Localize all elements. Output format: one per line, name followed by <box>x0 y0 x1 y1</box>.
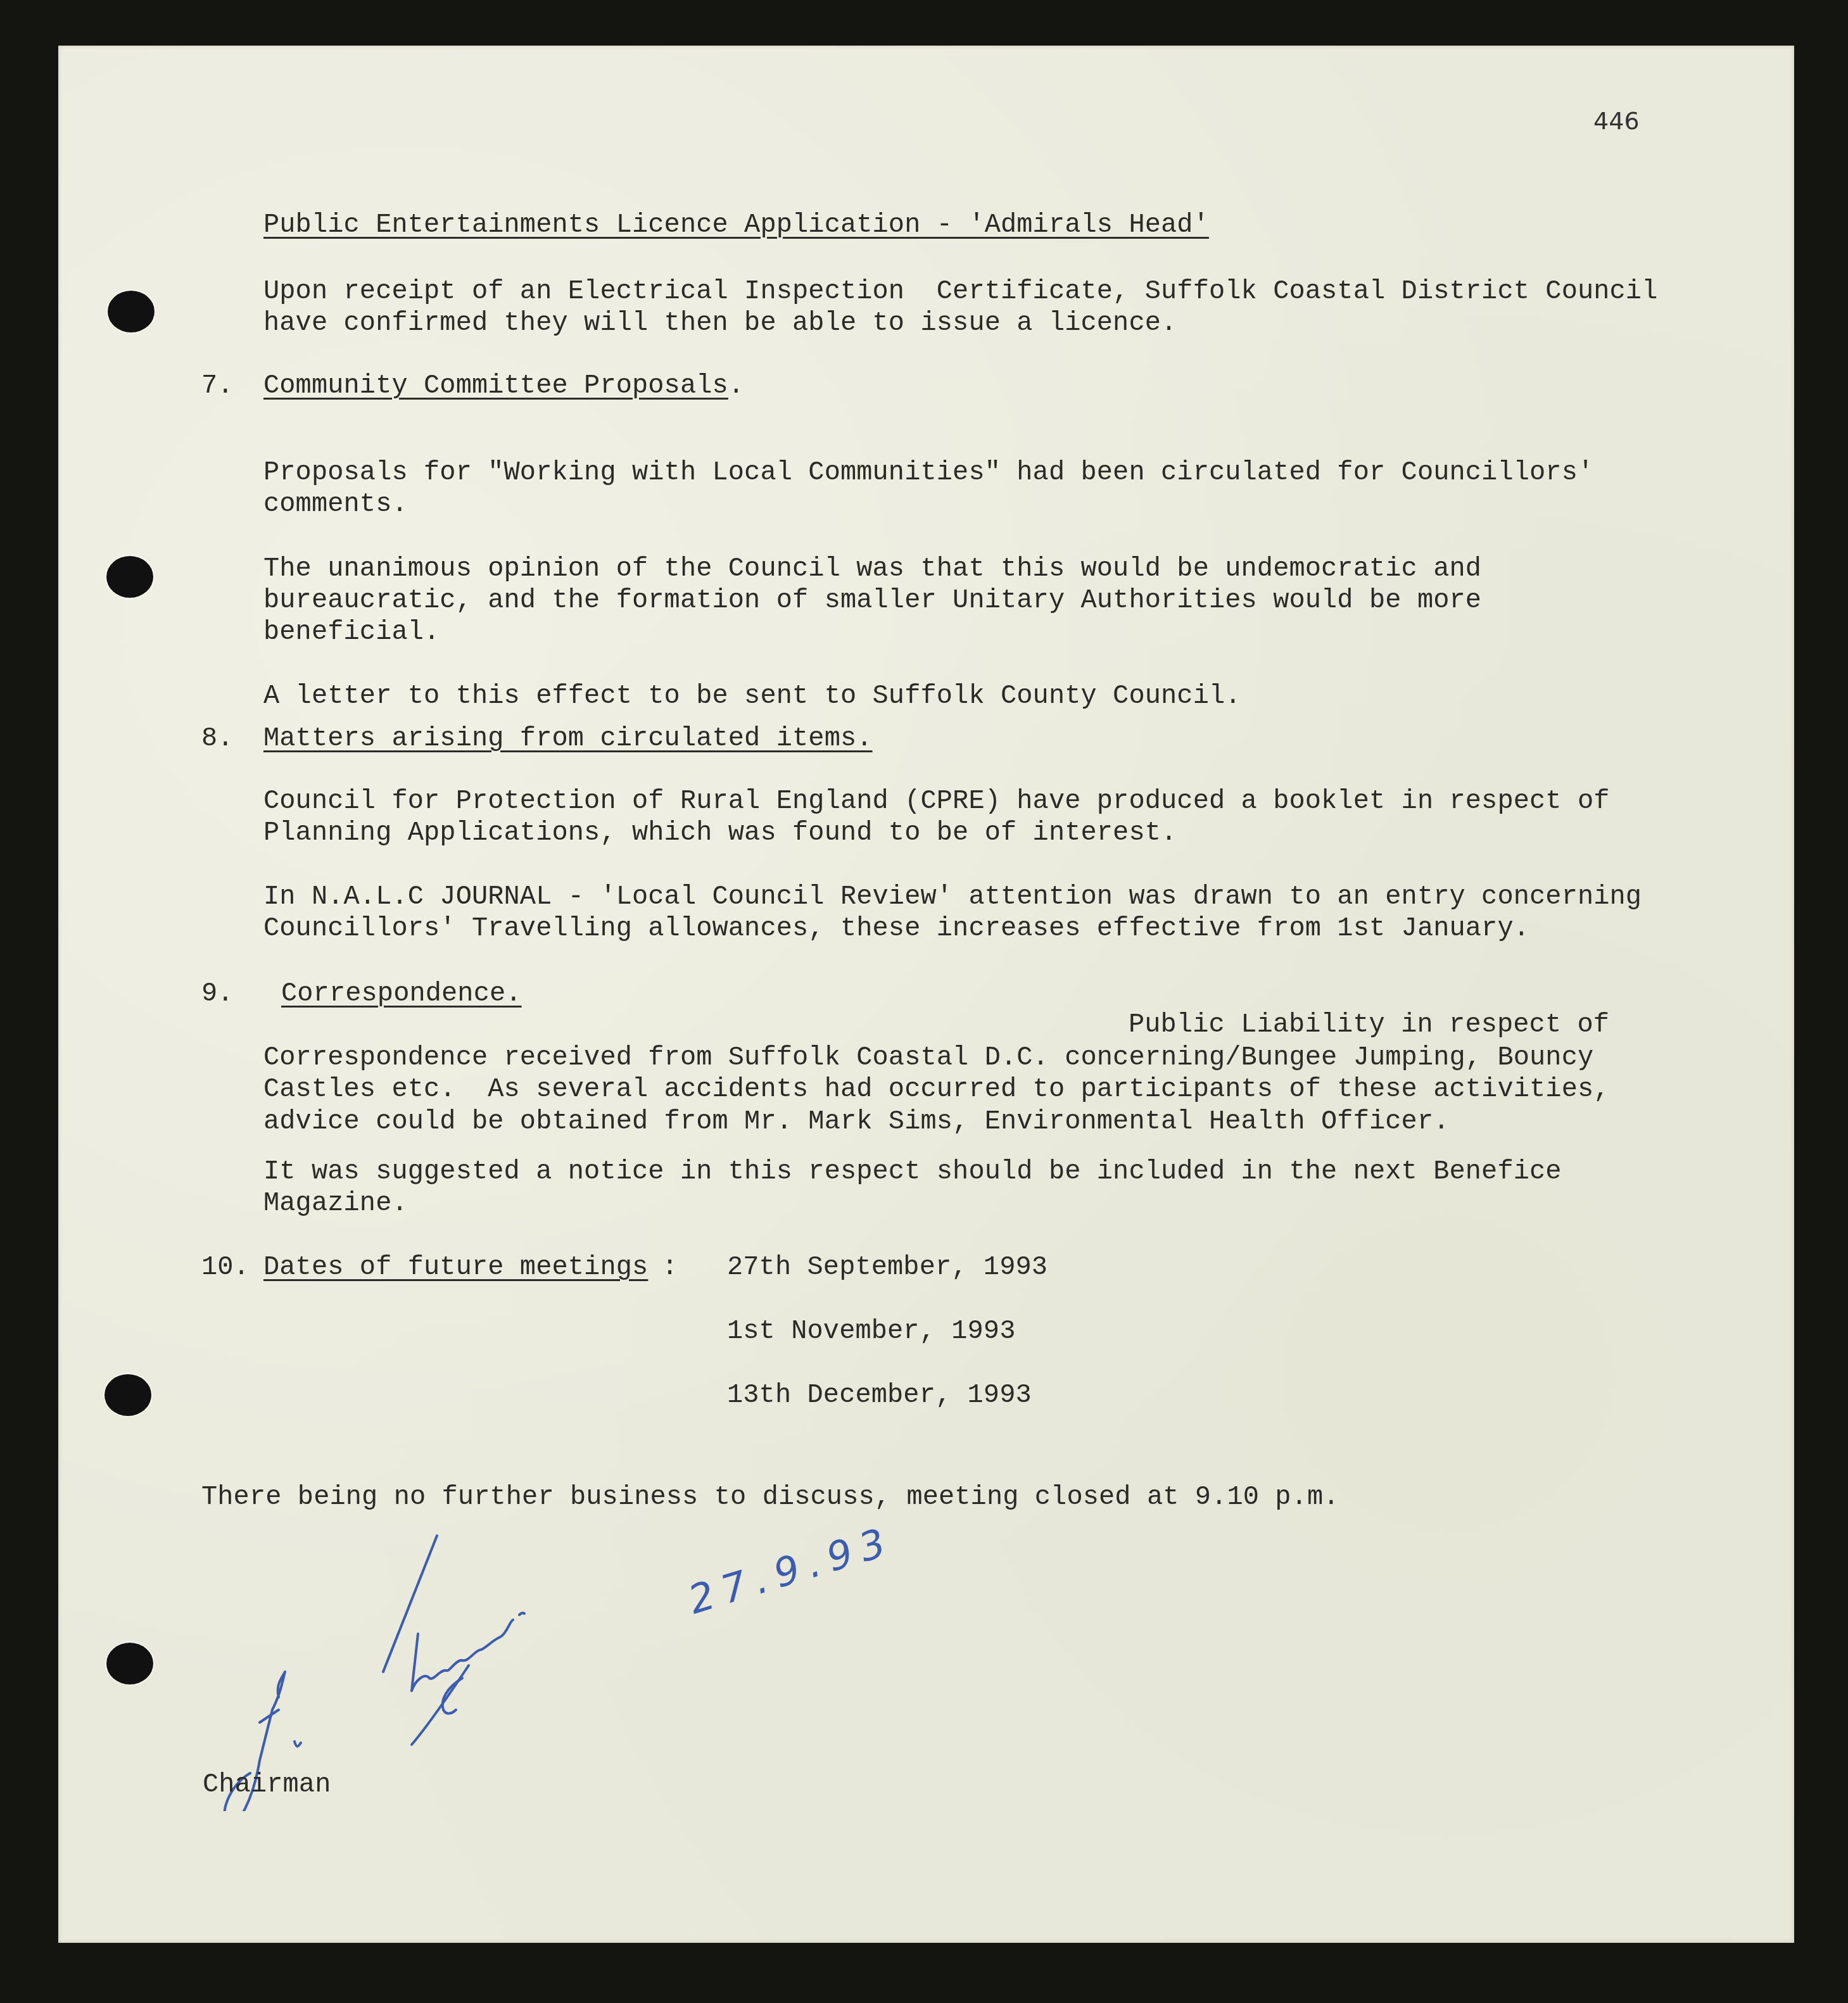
paragraph-line: Correspondence received from Suffolk Coa… <box>263 1042 1593 1073</box>
section-10-heading: Dates of future meetings <box>263 1251 648 1283</box>
section-number: 9. <box>201 978 234 1009</box>
chairman-label: Chairman <box>203 1769 331 1800</box>
section-7-heading: Community Committee Proposals. <box>263 370 744 401</box>
paragraph-line: Planning Applications, which was found t… <box>263 817 1177 849</box>
section-number: 10. <box>201 1251 250 1283</box>
meeting-date: 1st November, 1993 <box>727 1315 1015 1347</box>
paragraph-line: The unanimous opinion of the Council was… <box>263 553 1481 584</box>
insertion-text: Public Liability in respect of <box>1129 1009 1609 1040</box>
paragraph-line: In N.A.L.C JOURNAL - 'Local Council Revi… <box>263 881 1642 913</box>
section-9-heading: Correspondence. <box>281 978 522 1009</box>
paragraph-line: It was suggested a notice in this respec… <box>263 1156 1562 1187</box>
page-number: 446 <box>1593 105 1640 137</box>
punch-hole <box>104 1374 151 1416</box>
paragraph-line: beneficial. <box>263 616 440 648</box>
punch-hole <box>106 1643 153 1684</box>
section-number: 7. <box>201 370 234 401</box>
punch-hole <box>106 556 153 598</box>
paragraph-line: bureaucratic, and the formation of small… <box>263 584 1481 616</box>
licence-text-line: Upon receipt of an Electrical Inspection… <box>263 275 1657 307</box>
paragraph-line: A letter to this effect to be sent to Su… <box>263 680 1241 712</box>
licence-text-line: have confirmed they will then be able to… <box>263 307 1177 339</box>
paragraph-line: Councillors' Travelling allowances, thes… <box>263 913 1529 944</box>
paragraph-line: comments. <box>263 488 408 520</box>
paragraph-line: Castles etc. As several accidents had oc… <box>263 1073 1610 1105</box>
heading-period: . <box>728 370 744 401</box>
section-8-heading: Matters arising from circulated items. <box>263 723 873 754</box>
section-number: 8. <box>201 723 234 754</box>
paragraph-line: Magazine. <box>263 1187 408 1219</box>
meeting-date: 13th December, 1993 <box>727 1379 1032 1411</box>
licence-heading: Public Entertainments Licence Applicatio… <box>263 209 1209 241</box>
paragraph-line: Proposals for "Working with Local Commun… <box>263 457 1593 488</box>
chairman-signature <box>190 1520 760 1811</box>
meeting-date: 27th September, 1993 <box>727 1251 1047 1283</box>
paragraph-line: Council for Protection of Rural England … <box>263 785 1610 817</box>
paragraph-line: advice could be obtained from Mr. Mark S… <box>263 1106 1450 1137</box>
closing-statement: There being no further business to discu… <box>201 1481 1339 1513</box>
heading-separator: : <box>662 1251 678 1283</box>
section-7-heading-text: Community Committee Proposals <box>263 370 728 401</box>
punch-hole <box>108 291 155 332</box>
